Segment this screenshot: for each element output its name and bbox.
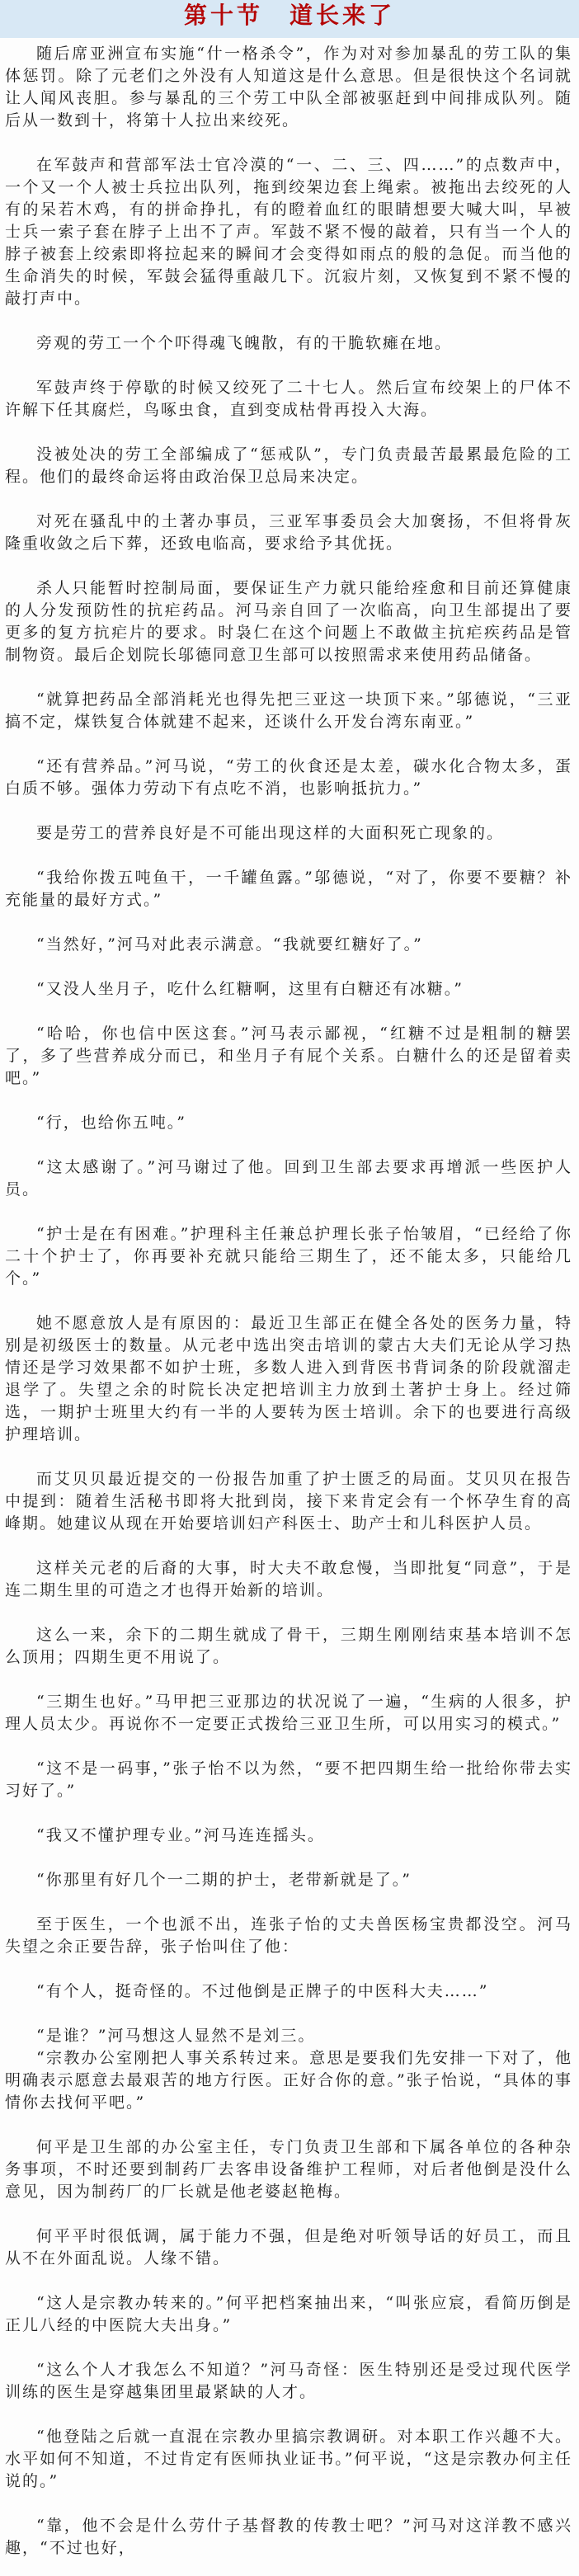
paragraph: “你那里有好几个一二期的护士，老带新就是了。” <box>5 1869 572 1891</box>
paragraph: “三期生也好。”马甲把三亚那边的状况说了一遍，“生病的人很多，护理人员太少。再说… <box>5 1691 572 1735</box>
paragraph: “靠，他不会是什么劳什子基督教的传教士吧？”河马对这洋教不感兴趣，“不过也好， <box>5 2515 572 2560</box>
chapter-body: 随后席亚洲宣布实施“什一格杀令”，作为对对参加暴乱的劳工队的集体惩罚。除了元老们… <box>0 38 579 2576</box>
page-title: 第十节 道长来了 <box>184 0 395 31</box>
paragraph: “是谁？”河马想这人显然不是刘三。 <box>5 2025 572 2047</box>
paragraph: 在军鼓声和营部军法士官冷漠的“一、二、三、四……”的点数声中，一个又一个人被士兵… <box>5 154 572 310</box>
paragraph: 军鼓声终于停歇的时候又绞死了二十七人。然后宣布绞架上的尸体不许解下任其腐烂，鸟啄… <box>5 377 572 421</box>
paragraph: “这人是宗教办转来的。”何平把档案抽出来，“叫张应宸，看简历倒是正儿八经的中医院… <box>5 2292 572 2337</box>
paragraph: “还有营养品。”河马说，“劳工的伙食还是太差，碳水化合物太多，蛋白质不够。强体力… <box>5 756 572 800</box>
paragraph: “就算把药品全部消耗光也得先把三亚这一块顶下来。”邬德说，“三亚搞不定，煤铁复合… <box>5 689 572 733</box>
paragraph: 何平平时很低调，属于能力不强，但是绝对听领导话的好员工，而且从不在外面乱说。人缘… <box>5 2225 572 2270</box>
paragraph: “我又不懂护理专业。”河马连连摇头。 <box>5 1825 572 1847</box>
paragraph: “行，也给你五吨。” <box>5 1112 572 1134</box>
paragraph: “他登陆之后就一直混在宗教办里搞宗教调研。对本职工作兴趣不大。水平如何不知道，不… <box>5 2426 572 2493</box>
paragraph: 她不愿意放人是有原因的：最近卫生部正在健全各处的医务力量，特别是初级医士的数量。… <box>5 1312 572 1446</box>
paragraph: “有个人，挺奇怪的。不过他倒是正牌子的中医科大夫……” <box>5 1980 572 2003</box>
paragraph: “这么个人才我怎么不知道？”河马奇怪：医生特别还是受过现代医学训练的医生是穿越集… <box>5 2359 572 2404</box>
paragraph: “当然好，”河马对此表示满意。“我就要红糖好了。” <box>5 934 572 956</box>
paragraph: 何平是卫生部的办公室主任，专门负责卫生部和下属各单位的各种杂务事项，不时还要到制… <box>5 2136 572 2203</box>
paragraph: 而艾贝贝最近提交的一份报告加重了护士匮乏的局面。艾贝贝在报告中提到：随着生活秘书… <box>5 1468 572 1535</box>
paragraph: 这么一来，余下的二期生就成了骨干，三期生刚刚结束基本培训不怎么顶用；四期生更不用… <box>5 1624 572 1669</box>
paragraph: 至于医生，一个也派不出，连张子怡的丈夫兽医杨宝贵都没空。河马失望之余正要告辞，张… <box>5 1914 572 1958</box>
paragraph: “宗教办公室刚把人事关系转过来。意思是要我们先安排一下对了，他明确表示愿意去最艰… <box>5 2047 572 2114</box>
paragraph: 这样关元老的后裔的大事，时大夫不敢怠慢，当即批复“同意”，于是连二期生里的可造之… <box>5 1557 572 1602</box>
paragraph: “这太感谢了。”河马谢过了他。回到卫生部去要求再增派一些医护人员。 <box>5 1156 572 1201</box>
paragraph: 要是劳工的营养良好是不可能出现这样的大面积死亡现象的。 <box>5 822 572 845</box>
paragraph: 杀人只能暂时控制局面，要保证生产力就只能给痊愈和目前还算健康的人分发预防性的抗疟… <box>5 577 572 666</box>
paragraph: “哈哈，你也信中医这套。”河马表示鄙视，“红糖不过是粗制的糖罢了，多了些营养成分… <box>5 1023 572 1090</box>
paragraph: 没被处决的劳工全部编成了“惩戒队”，专门负责最苦最累最危险的工程。他们的最终命运… <box>5 444 572 488</box>
paragraph: 对死在骚乱中的土著办事员，三亚军事委员会大加褒扬，不但将骨灰隆重收敛之后下葬，还… <box>5 511 572 555</box>
title-band: 第十节 道长来了 <box>0 0 579 38</box>
paragraph: “这不是一码事，”张子怡不以为然，“要不把四期生给一批给你带去实习好了。” <box>5 1758 572 1802</box>
paragraph: “又没人坐月子，吃什么红糖啊，这里有白糖还有冰糖。” <box>5 978 572 1001</box>
paragraph: 旁观的劳工一个个吓得魂飞魄散，有的干脆软瘫在地。 <box>5 332 572 355</box>
paragraph: “我给你拨五吨鱼干，一千罐鱼露。”邬德说，“对了，你要不要糖？补充能量的最好方式… <box>5 867 572 911</box>
paragraph: 随后席亚洲宣布实施“什一格杀令”，作为对对参加暴乱的劳工队的集体惩罚。除了元老们… <box>5 43 572 132</box>
paragraph: “护士是在有困难。”护理科主任兼总护理长张子怡皱眉，“已经给了你二十个护士了，你… <box>5 1223 572 1290</box>
